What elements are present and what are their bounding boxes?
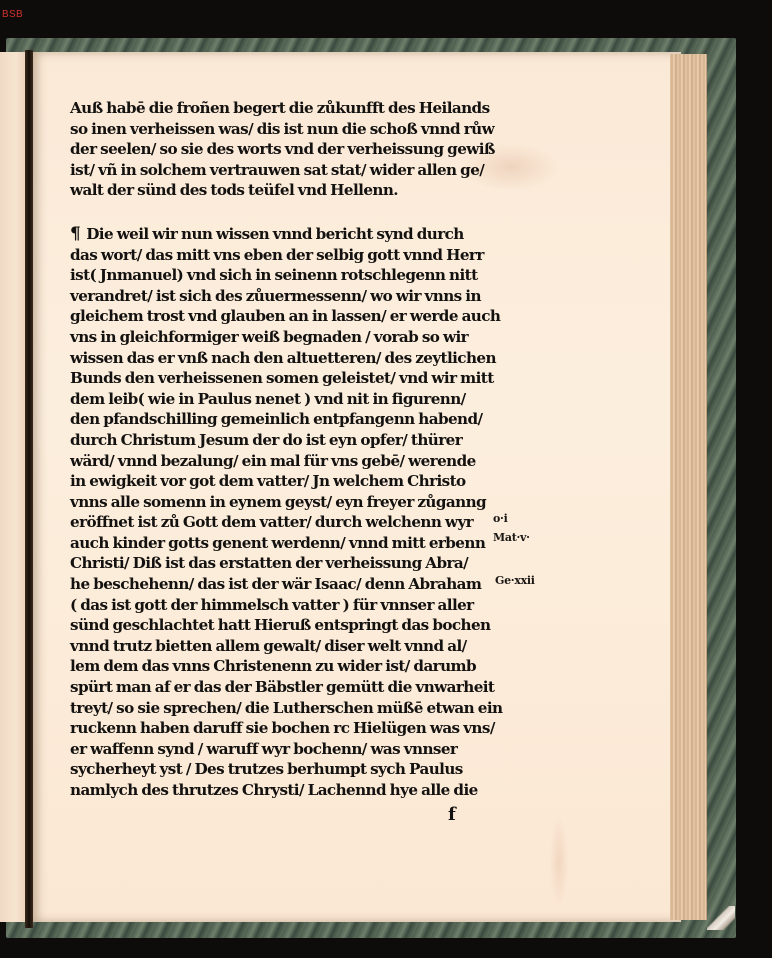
text-line: sycherheyt yst / Des trutzes berhumpt sy… bbox=[70, 759, 510, 780]
page-fore-edge bbox=[670, 54, 707, 920]
text-line: vnns alle somenn in eynem geyst/ eyn fre… bbox=[70, 492, 510, 513]
text-line: ist( Jnmanuel) vnd sich in seinenn rotsc… bbox=[70, 265, 510, 286]
text-line: lem dem das vnns Christenenn zu wider is… bbox=[70, 656, 510, 677]
text-line: den pfandschilling gemeinlich entpfangen… bbox=[70, 409, 510, 430]
signature-mark: f bbox=[448, 804, 456, 825]
text-line: verandret/ ist sich des zůuermessenn/ wo… bbox=[70, 286, 510, 307]
paragraph-spacer bbox=[70, 201, 510, 224]
marginal-note: Ge·xxii bbox=[495, 574, 535, 587]
text-line: wissen das er vnß nach den altuetteren/ … bbox=[70, 348, 510, 369]
paragraph-2: ¶Die weil wir nun wissen vnnd bericht sy… bbox=[70, 224, 510, 801]
text-line: wärd/ vnnd bezalung/ ein mal für vns geb… bbox=[70, 451, 510, 472]
text-line: er waffenn synd / waruff wyr bochenn/ wa… bbox=[70, 739, 510, 760]
text-line: durch Christum Jesum der do ist eyn opfe… bbox=[70, 430, 510, 451]
facing-page-edge bbox=[0, 52, 26, 922]
text-line: eröffnet ist zů Gott dem vatter/ durch w… bbox=[70, 512, 510, 533]
paragraph-mark-icon: ¶ bbox=[70, 224, 80, 245]
text-line: treyt/ so sie sprechen/ die Lutherschen … bbox=[70, 698, 510, 719]
marginal-note: o·i bbox=[493, 512, 507, 525]
text-line-content: Die weil wir nun wissen vnnd bericht syn… bbox=[86, 225, 463, 243]
text-line: vnnd trutz bietten allem gewalt/ diser w… bbox=[70, 636, 510, 657]
text-line: Auß habē die froñen begert die zůkunfft … bbox=[70, 98, 510, 119]
text-line: gleichem trost vnd glauben an in lassen/… bbox=[70, 306, 510, 327]
scan-viewport: BSB Auß habē die froñen begert die zůkun… bbox=[0, 0, 772, 958]
text-line: namlych des thrutzes Chrysti/ Lachennd h… bbox=[70, 780, 510, 801]
text-line-with-marker: ¶Die weil wir nun wissen vnnd bericht sy… bbox=[70, 224, 510, 245]
text-line: walt der sünd des tods teüfel vnd Hellen… bbox=[70, 180, 510, 201]
text-line: der seelen/ so sie des worts vnd der ver… bbox=[70, 139, 510, 160]
text-line: auch kinder gotts genent werdenn/ vnnd m… bbox=[70, 533, 510, 554]
book-gutter bbox=[25, 50, 33, 928]
text-line: dem leib( wie in Paulus nenet ) vnd nit … bbox=[70, 389, 510, 410]
library-watermark: BSB bbox=[2, 9, 23, 20]
text-line: Christi/ Diß ist das erstatten der verhe… bbox=[70, 553, 510, 574]
text-line: in ewigkeit vor got dem vatter/ Jn welch… bbox=[70, 471, 510, 492]
text-line: ruckenn haben daruff sie bochen rc Hielü… bbox=[70, 718, 510, 739]
text-line: spürt man af er das der Bäbstler gemütt … bbox=[70, 677, 510, 698]
text-line: das wort/ das mitt vns eben der selbig g… bbox=[70, 245, 510, 266]
text-line: Bunds den verheissenen somen geleistet/ … bbox=[70, 368, 510, 389]
cover-corner-wear bbox=[707, 906, 735, 930]
text-line: sünd geschlachtet hatt Hieruß entspringt… bbox=[70, 615, 510, 636]
page-text: Auß habē die froñen begert die zůkunfft … bbox=[70, 98, 510, 801]
text-line: ( das ist gott der himmelsch vatter ) fü… bbox=[70, 595, 510, 616]
paragraph-1: Auß habē die froñen begert die zůkunfft … bbox=[70, 98, 510, 201]
text-line: so inen verheissen was/ dis ist nun die … bbox=[70, 119, 510, 140]
text-line: he beschehenn/ das ist der wär Isaac/ de… bbox=[70, 574, 510, 595]
text-line: ist/ vñ in solchem vertrauwen sat stat/ … bbox=[70, 160, 510, 181]
marginal-note: Mat·v· bbox=[493, 531, 530, 544]
text-line: vns in gleichformiger weiß begnaden / vo… bbox=[70, 327, 510, 348]
